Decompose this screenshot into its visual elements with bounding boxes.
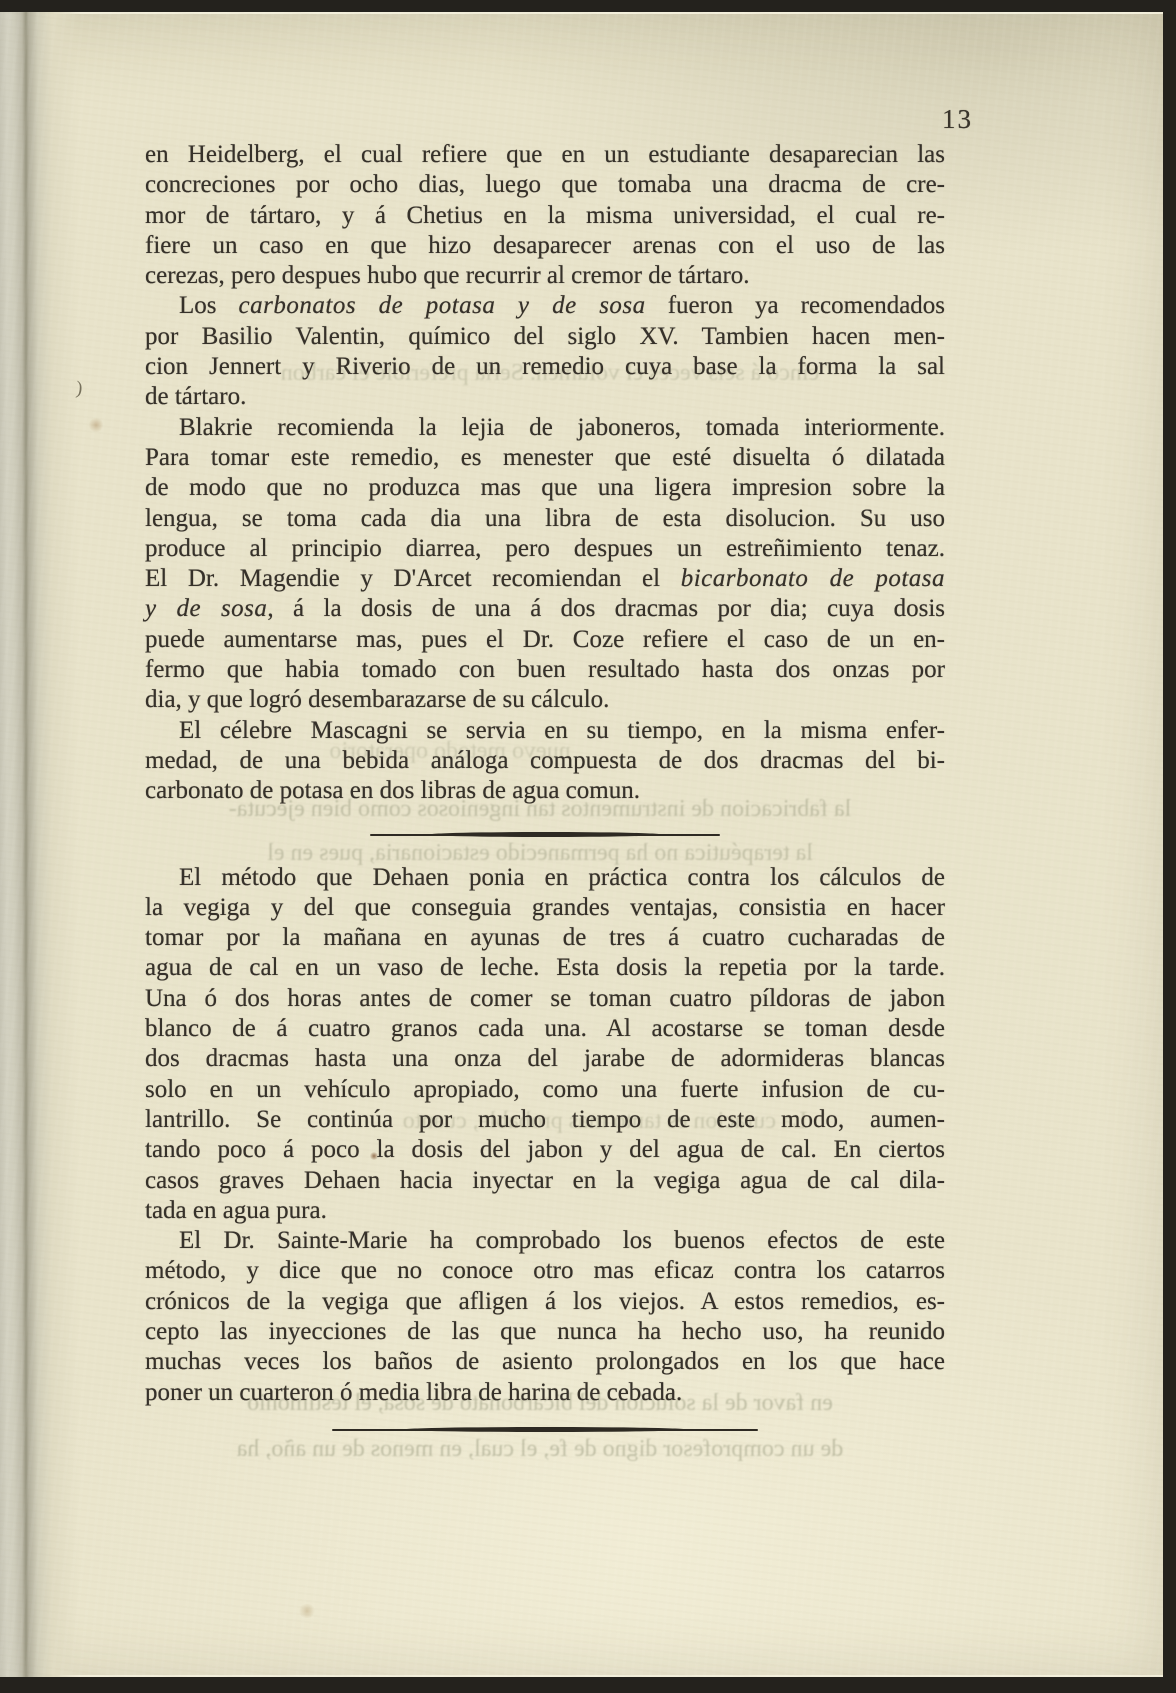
text-segment: produce al principio diarrea, pero despu… bbox=[145, 535, 945, 562]
text-segment: por Basilio Valentin, químico del siglo … bbox=[145, 323, 945, 350]
text-line: concreciones por ocho dias, luego que to… bbox=[145, 170, 945, 200]
text-segment: de modo que no produzca mas que una lige… bbox=[145, 474, 945, 501]
text-line: Una ó dos horas antes de comer se toman … bbox=[145, 984, 945, 1014]
paragraph: Los carbonatos de potasa y de sosa fuero… bbox=[145, 291, 945, 412]
text-line: lantrillo. Se continúa por mucho tiempo … bbox=[145, 1105, 945, 1135]
text-segment: fermo que habia tomado con buen resultad… bbox=[145, 656, 945, 683]
text-segment: lantrillo. Se continúa por mucho tiempo … bbox=[145, 1106, 945, 1133]
text-segment: , á la dosis de una á dos dracmas por di… bbox=[267, 595, 945, 622]
text-line: El célebre Mascagni se servia en su tiem… bbox=[145, 716, 945, 746]
text-segment: casos graves Dehaen hacia inyectar en la… bbox=[145, 1167, 945, 1194]
text-line: dia, y que logró desembarazarse de su cá… bbox=[145, 685, 945, 715]
section-divider bbox=[145, 807, 945, 863]
text-segment: blanco de á cuatro granos cada una. Al a… bbox=[145, 1015, 945, 1042]
text-segment: mor de tártaro, y á Chetius en la misma … bbox=[145, 202, 945, 229]
text-segment: Una ó dos horas antes de comer se toman … bbox=[145, 985, 945, 1012]
text-segment: fueron ya recomendados bbox=[646, 292, 945, 319]
text-segment: El Dr. Magendie y D'Arcet recomiendan el bbox=[145, 565, 681, 592]
text-segment: lengua, se toma cada dia una libra de es… bbox=[145, 505, 945, 532]
text-line: Los carbonatos de potasa y de sosa fuero… bbox=[145, 291, 945, 321]
swelled-rule bbox=[332, 1426, 758, 1434]
text-segment: dia, y que logró desembarazarse de su cá… bbox=[145, 686, 609, 713]
text-line: solo en un vehículo apropiado, como una … bbox=[145, 1075, 945, 1105]
text-segment: fiere un caso en que hizo desaparecer ar… bbox=[145, 232, 945, 259]
paragraph: El célebre Mascagni se servia en su tiem… bbox=[145, 716, 945, 807]
text-line: lengua, se toma cada dia una libra de es… bbox=[145, 504, 945, 534]
text-line: cerezas, pero despues hubo que recurrir … bbox=[145, 261, 945, 291]
text-segment: tomar por la mañana en ayunas de tres á … bbox=[145, 924, 945, 951]
text-line: carbonato de potasa en dos libras de agu… bbox=[145, 776, 945, 806]
section-divider bbox=[145, 1408, 945, 1450]
text-line: El Dr. Magendie y D'Arcet recomiendan el… bbox=[145, 564, 945, 594]
italic-text: carbonatos de potasa y de sosa bbox=[239, 292, 646, 319]
text-line: agua de cal en un vaso de leche. Esta do… bbox=[145, 953, 945, 983]
text-line: mor de tártaro, y á Chetius en la misma … bbox=[145, 201, 945, 231]
text-segment: carbonato de potasa en dos libras de agu… bbox=[145, 777, 640, 804]
text-segment: dos dracmas hasta una onza del jarabe de… bbox=[145, 1045, 945, 1072]
text-line: método, y dice que no conoce otro mas ef… bbox=[145, 1256, 945, 1286]
text-segment: Blakrie recomienda la lejia de jaboneros… bbox=[179, 414, 945, 441]
page-number: 13 bbox=[942, 104, 988, 135]
text-line: El Dr. Sainte-Marie ha comprobado los bu… bbox=[145, 1226, 945, 1256]
text-line: muchas veces los baños de asiento prolon… bbox=[145, 1347, 945, 1377]
text-line: produce al principio diarrea, pero despu… bbox=[145, 534, 945, 564]
text-line: de tártaro. bbox=[145, 382, 945, 412]
text-line: cepto las inyecciones de las que nunca h… bbox=[145, 1317, 945, 1347]
text-line: medad, de una bebida análoga compuesta d… bbox=[145, 746, 945, 776]
text-segment: tando poco á poco la dosis del jabon y d… bbox=[145, 1136, 945, 1163]
text-line: cion Jennert y Riverio de un remedio cuy… bbox=[145, 352, 945, 382]
text-line: El método que Dehaen ponia en práctica c… bbox=[145, 863, 945, 893]
text-line: tomar por la mañana en ayunas de tres á … bbox=[145, 923, 945, 953]
text-segment: El Dr. Sainte-Marie ha comprobado los bu… bbox=[179, 1227, 945, 1254]
text-segment: en Heidelberg, el cual refiere que en un… bbox=[145, 141, 945, 168]
italic-text: bicarbonato de potasa bbox=[681, 565, 945, 592]
text-segment: cerezas, pero despues hubo que recurrir … bbox=[145, 262, 750, 289]
text-segment: tada en agua pura. bbox=[145, 1197, 327, 1224]
paragraph: El Dr. Sainte-Marie ha comprobado los bu… bbox=[145, 1226, 945, 1408]
paragraph: Blakrie recomienda la lejia de jaboneros… bbox=[145, 413, 945, 716]
text-segment: concreciones por ocho dias, luego que to… bbox=[145, 171, 945, 198]
text-line: Blakrie recomienda la lejia de jaboneros… bbox=[145, 413, 945, 443]
swelled-rule bbox=[370, 831, 720, 839]
text-line: por Basilio Valentin, químico del siglo … bbox=[145, 322, 945, 352]
text-segment: cion Jennert y Riverio de un remedio cuy… bbox=[145, 353, 945, 380]
text-line: y de sosa, á la dosis de una á dos dracm… bbox=[145, 594, 945, 624]
text-line: casos graves Dehaen hacia inyectar en la… bbox=[145, 1166, 945, 1196]
text-segment: El método que Dehaen ponia en práctica c… bbox=[179, 864, 945, 891]
text-line: fiere un caso en que hizo desaparecer ar… bbox=[145, 231, 945, 261]
text-line: tando poco á poco la dosis del jabon y d… bbox=[145, 1135, 945, 1165]
paragraph: El método que Dehaen ponia en práctica c… bbox=[145, 863, 945, 1227]
text-segment: la vegiga y del que conseguia grandes ve… bbox=[145, 894, 945, 921]
text-segment: muchas veces los baños de asiento prolon… bbox=[145, 1348, 945, 1375]
text-line: fermo que habia tomado con buen resultad… bbox=[145, 655, 945, 685]
text-segment: agua de cal en un vaso de leche. Esta do… bbox=[145, 954, 945, 981]
text-segment: crónicos de la vegiga que afligen á los … bbox=[145, 1288, 945, 1315]
paragraph: en Heidelberg, el cual refiere que en un… bbox=[145, 140, 945, 291]
text-line: Para tomar este remedio, es menester que… bbox=[145, 443, 945, 473]
text-segment: poner un cuarteron ó media libra de hari… bbox=[145, 1379, 682, 1406]
scanned-book-page: cinco á seis veces el volumen. Seria pre… bbox=[0, 0, 1176, 1693]
text-line: puede aumentarse mas, pues el Dr. Coze r… bbox=[145, 625, 945, 655]
text-segment: Para tomar este remedio, es menester que… bbox=[145, 444, 945, 471]
text-line: de modo que no produzca mas que una lige… bbox=[145, 473, 945, 503]
text-line: blanco de á cuatro granos cada una. Al a… bbox=[145, 1014, 945, 1044]
text-segment: Los bbox=[179, 292, 239, 319]
text-line: tada en agua pura. bbox=[145, 1196, 945, 1226]
text-segment: cepto las inyecciones de las que nunca h… bbox=[145, 1318, 945, 1345]
text-line: dos dracmas hasta una onza del jarabe de… bbox=[145, 1044, 945, 1074]
stain bbox=[298, 1604, 316, 1618]
text-line: la vegiga y del que conseguia grandes ve… bbox=[145, 893, 945, 923]
text-line: poner un cuarteron ó media libra de hari… bbox=[145, 1378, 945, 1408]
text-segment: método, y dice que no conoce otro mas ef… bbox=[145, 1257, 945, 1284]
text-segment: solo en un vehículo apropiado, como una … bbox=[145, 1076, 945, 1103]
italic-text: y de sosa bbox=[145, 595, 267, 622]
text-column: en Heidelberg, el cual refiere que en un… bbox=[145, 140, 945, 1450]
text-segment: El célebre Mascagni se servia en su tiem… bbox=[179, 717, 945, 744]
text-segment: de tártaro. bbox=[145, 383, 246, 410]
text-line: en Heidelberg, el cual refiere que en un… bbox=[145, 140, 945, 170]
text-segment: medad, de una bebida análoga compuesta d… bbox=[145, 747, 945, 774]
text-segment: puede aumentarse mas, pues el Dr. Coze r… bbox=[145, 626, 945, 653]
text-line: crónicos de la vegiga que afligen á los … bbox=[145, 1287, 945, 1317]
stain bbox=[88, 418, 104, 432]
